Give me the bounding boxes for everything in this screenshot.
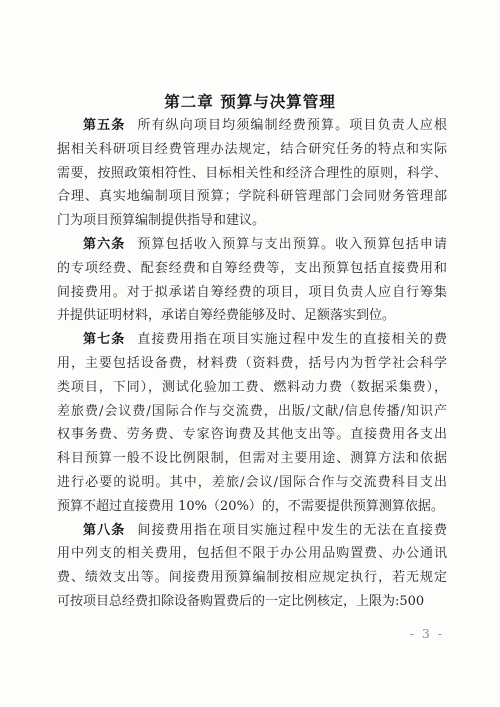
article-number: 第八条	[83, 523, 125, 538]
text-line: 权事务费、劳务费、专家咨询费及其他支出等。直接费用各支出	[57, 423, 447, 447]
text-line: 需要，按照政策相符性、目标相关性和经济合理性的原则，科学、	[57, 162, 447, 186]
text-line: 预算不超过直接费用 10%（20%）的，不需要提供预算测算依据。	[57, 495, 447, 519]
text-line: 的专项经费、配套经费和自筹经费等，支出预算包括直接费用和	[57, 257, 447, 281]
page-number: - 3 -	[410, 626, 444, 641]
text-line: 可按项目总经费扣除设备购置费后的一定比例核定，上限为:500	[57, 590, 447, 614]
text-line: 并提供证明材料，承诺自筹经费能够及时、足额落实到位。	[57, 304, 447, 328]
text-line: 第八条间接费用指在项目实施过程中发生的无法在直接费	[57, 519, 447, 543]
document-page: 第二章 预算与决算管理 第五条所有纵向项目均须编制经费预算。项目负责人应根据相关…	[0, 0, 500, 707]
text-line: 用，主要包括设备费，材料费（资料费，括号内为哲学社会科学	[57, 352, 447, 376]
article-number: 第七条	[83, 332, 125, 347]
chapter-title: 第二章 预算与决算管理	[0, 90, 500, 112]
document-body: 第五条所有纵向项目均须编制经费预算。项目负责人应根据相关科研项目经费管理办法规定…	[57, 114, 447, 614]
article-number: 第六条	[83, 237, 125, 252]
text-line: 用中列支的相关费用，包括但不限于办公用品购置费、办公通讯	[57, 542, 447, 566]
text-line: 类项目，下同），测试化验加工费、燃料动力费（数据采集费），	[57, 376, 447, 400]
text-line: 进行必要的说明。其中，差旅/会议/国际合作与交流费科目支出	[57, 471, 447, 495]
text-line: 第六条预算包括收入预算与支出预算。收入预算包括申请	[57, 233, 447, 257]
text-line: 门为项目预算编制提供指导和建议。	[57, 209, 447, 233]
text-line: 费、绩效支出等。间接费用预算编制按相应规定执行，若无规定	[57, 566, 447, 590]
article-number: 第五条	[83, 118, 125, 133]
text-line: 科目预算一般不设比例限制，但需对主要用途、测算方法和依据	[57, 447, 447, 471]
text-line: 间接费用。对于拟承诺自筹经费的项目，项目负责人应自行筹集	[57, 281, 447, 305]
text-line: 第五条所有纵向项目均须编制经费预算。项目负责人应根	[57, 114, 447, 138]
text-line: 据相关科研项目经费管理办法规定，结合研究任务的特点和实际	[57, 138, 447, 162]
text-line: 差旅费/会议费/国际合作与交流费，出版/文献/信息传播/知识产	[57, 400, 447, 424]
text-line: 第七条直接费用指在项目实施过程中发生的直接相关的费	[57, 328, 447, 352]
text-line: 合理、真实地编制项目预算；学院科研管理部门会同财务管理部	[57, 185, 447, 209]
